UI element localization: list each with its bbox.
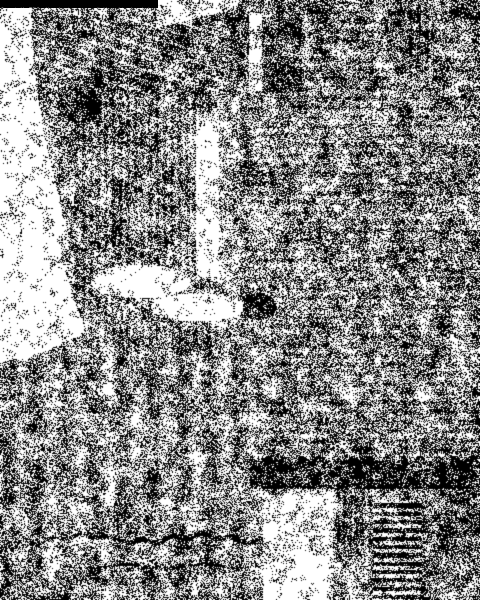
watermark-bar: Converted by Tiff Combine - (no stamps a… (0, 0, 158, 8)
scanned-photo-canvas (0, 0, 480, 600)
scanned-page: Converted by Tiff Combine - (no stamps a… (0, 0, 480, 600)
